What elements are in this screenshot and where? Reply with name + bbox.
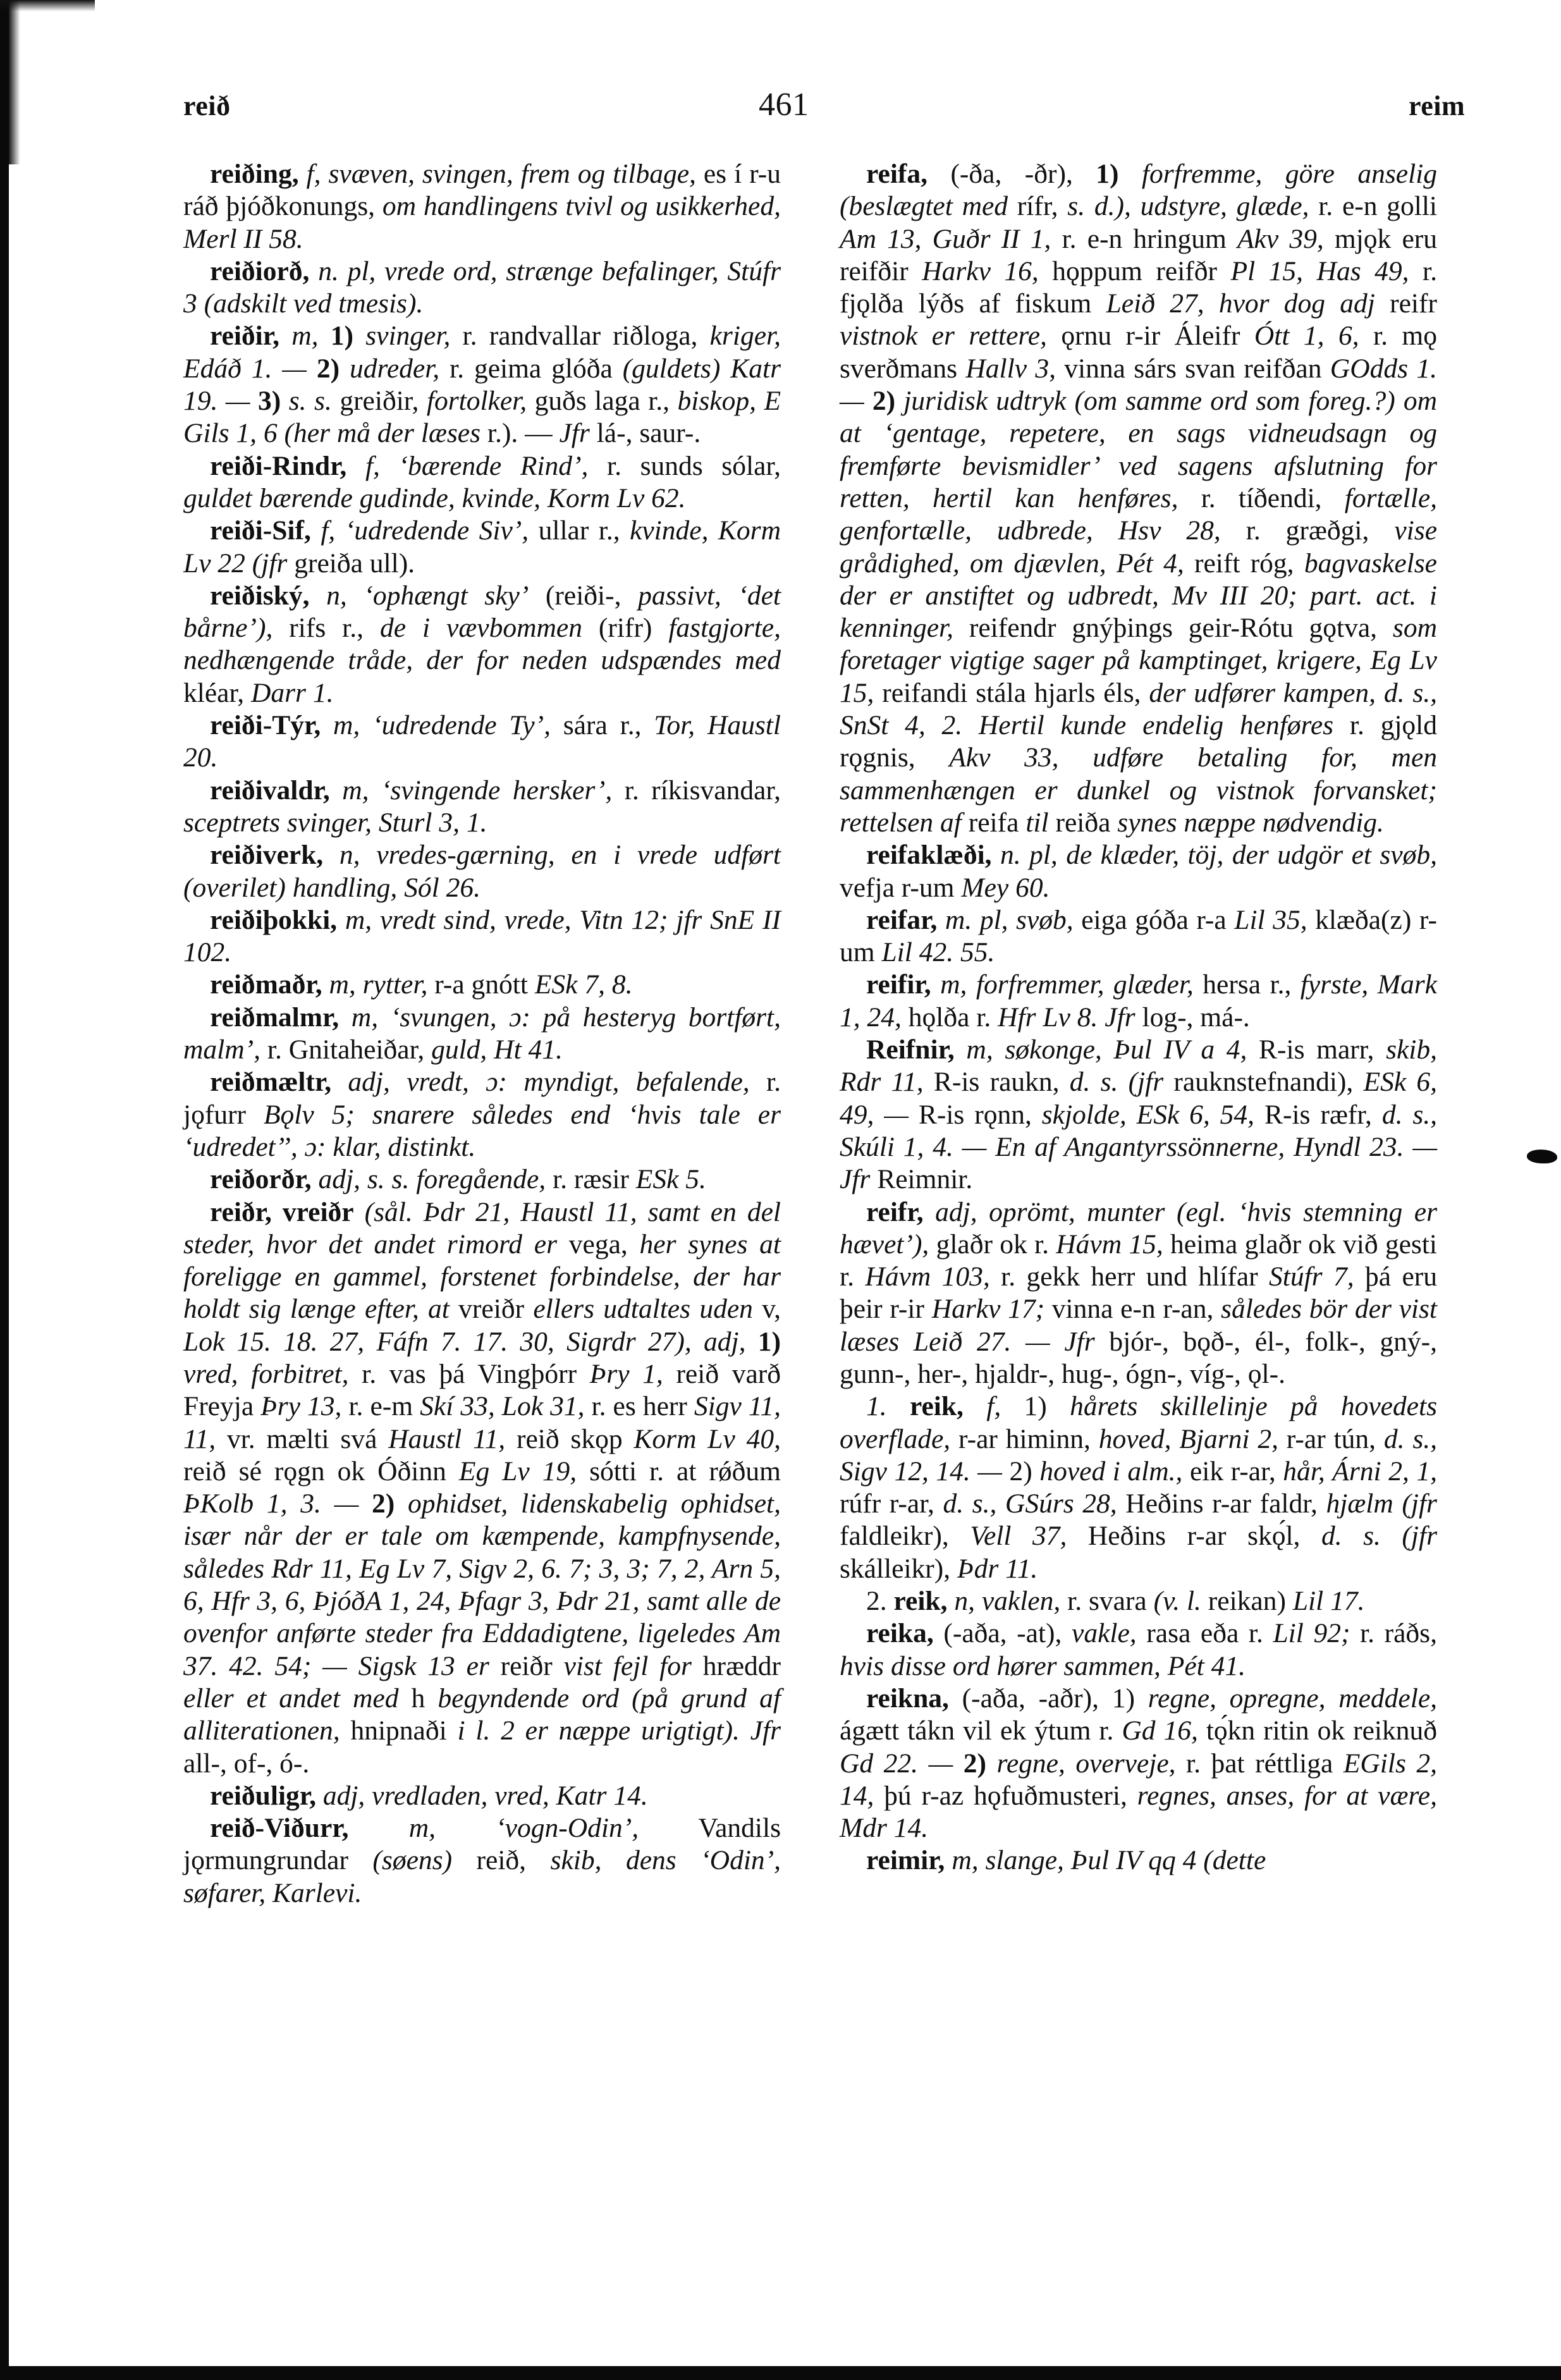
dictionary-entry: reiðuligr, adj, vredladen, vred, Katr 14…: [183, 1780, 781, 1812]
entry-text: hǫppum reifðr: [1039, 256, 1231, 286]
entry-text: Þry 1,: [590, 1359, 663, 1389]
entry-text: ullar r.,: [529, 515, 630, 546]
entry-text: [955, 1034, 967, 1065]
entry-text: Harkv 17;: [932, 1294, 1044, 1324]
entry-text: skálleikr),: [840, 1554, 957, 1584]
entry-text: 2): [1002, 1456, 1039, 1487]
entry-text: [311, 515, 321, 546]
entry-text: [992, 840, 1000, 870]
entry-text: m, søkonge, Þul IV a 4,: [966, 1034, 1247, 1065]
entry-text: hvis disse ord hører sammen, Pét 41.: [840, 1651, 1246, 1681]
entry-text: Hávm 103,: [865, 1261, 989, 1292]
entry-headword: 1): [331, 321, 353, 351]
entry-text: eik r-ar,: [1182, 1456, 1283, 1487]
dictionary-entry: reiðiorð, n. pl, vrede ord, strænge befa…: [183, 255, 781, 321]
entry-text: [340, 353, 350, 384]
dictionary-entry: reiðmæltr, adj, vredt, ɔ: myndigt, befal…: [183, 1066, 781, 1163]
entry-headword: reiðmaðr,: [210, 969, 322, 1000]
entry-text: [945, 1845, 952, 1875]
entry-text: [312, 1164, 319, 1194]
entry-headword: reiðiorð,: [210, 256, 309, 286]
scan-bottom-edge: [0, 2366, 1561, 2380]
entry-text: Korm Lv 40,: [634, 1424, 781, 1454]
entry-text: [310, 580, 327, 611]
entry-text: s. s.: [289, 386, 332, 416]
entry-text: [924, 1197, 936, 1227]
entry-text: reiða: [1049, 807, 1118, 838]
entry-text: reifendr gnýþings geir-Rótu gǫtva,: [953, 613, 1393, 643]
dictionary-entry: reiðiský, n, ‘ophængt sky’ (reiði-, pass…: [183, 580, 781, 709]
entry-text: guld, Ht 41.: [431, 1034, 563, 1065]
entry-text: raukn­stefnandi),: [1163, 1067, 1363, 1097]
entry-text: Lil 35,: [1234, 905, 1307, 935]
entry-text: [318, 321, 330, 351]
entry-text: ESk 5.: [636, 1164, 706, 1194]
entry-text: [337, 905, 345, 935]
entry-headword: reiðmæltr,: [210, 1067, 331, 1097]
entry-headword: reiðiský,: [210, 580, 310, 611]
entry-headword: 3): [258, 386, 281, 416]
entry-text: [1119, 159, 1142, 189]
entry-text: [322, 969, 329, 1000]
entry-headword: reiðuligr,: [210, 1781, 316, 1811]
column-left: reiðing, f, svæven, svingen, frem og til…: [183, 158, 781, 1910]
entry-text: eiga góða r-a: [1074, 905, 1235, 935]
entry-text: vinna sárs svan reifðan: [1056, 353, 1330, 384]
entry-text: m, ‘svingende hersker’,: [342, 775, 612, 806]
running-head-left: reið: [183, 90, 231, 122]
entry-text: [358, 1488, 372, 1519]
entry-text: reifandi stála hjarls éls,: [874, 678, 1149, 708]
entry-text: Am 13, Guðr II 1,: [840, 224, 1051, 254]
entry-text: vreiðr: [450, 1294, 533, 1324]
entry-text: fortolker,: [427, 386, 527, 416]
entry-text: vist fejl for: [564, 1651, 692, 1681]
entry-headword: reifaklæði,: [866, 840, 992, 870]
entry-text: guðs laga r.,: [527, 386, 677, 416]
entry-text: [395, 1488, 408, 1519]
entry-text: til: [1025, 807, 1048, 838]
entry-text: reið sé rǫgn ok Óðinn: [183, 1456, 459, 1487]
entry-text: n, vaklen,: [954, 1586, 1060, 1616]
entry-text: ÞKolb 1, 3. —: [183, 1488, 358, 1519]
entry-text: [353, 321, 365, 351]
entry-text: r. randvallar riðloga,: [450, 321, 709, 351]
entry-headword: reið-Viðurr,: [210, 1813, 348, 1843]
entry-text: rasa eða r.: [1137, 1618, 1273, 1648]
entry-headword: reiðiverk,: [210, 840, 323, 870]
entry-text: i l. 2 er næppe urigtigt). Jfr: [457, 1715, 781, 1746]
entry-text: Lok 15. 18. 27, Fáfn 7. 17. 30, Sigrdr 2…: [183, 1327, 745, 1357]
entry-text: greiðir,: [332, 386, 427, 416]
entry-text: vakle,: [1072, 1618, 1137, 1648]
entry-text: m,: [291, 321, 318, 351]
entry-text: (-aða, -at),: [934, 1618, 1072, 1648]
entry-text: R-is rǫnn,: [909, 1100, 1042, 1130]
entry-text: regne, opregne, meddele,: [1148, 1683, 1437, 1714]
entry-text: [299, 159, 307, 189]
entry-headword: 2): [964, 1748, 986, 1779]
entry-headword: reiði-Týr,: [210, 710, 321, 740]
entry-text: Pl 15, Has 49,: [1231, 256, 1409, 286]
entry-text: reift róg,: [1184, 548, 1304, 579]
dictionary-entry: reifr, adj, oprömt, munter (egl. ‘hvis s…: [840, 1196, 1437, 1391]
entry-text: rífr,: [1008, 191, 1067, 221]
entry-text: m, slange, Þul IV qq 4 (dette: [952, 1845, 1266, 1875]
entry-text: R-is ræfr,: [1254, 1100, 1382, 1130]
entry-text: [745, 1327, 757, 1357]
entry-text: sára r.,: [551, 710, 654, 740]
entry-text: ǫrnu r-ir Áleifr: [1047, 321, 1254, 351]
entry-text: glaðr ok r.: [929, 1229, 1056, 1260]
entry-headword: 1): [758, 1327, 781, 1357]
entry-text: udreder,: [350, 353, 439, 384]
entry-headword: reik,: [910, 1391, 964, 1421]
entry-text: adj, vredt, ɔ: myndigt, befalende,: [348, 1067, 749, 1097]
entry-text: r-ar himinn,: [950, 1424, 1099, 1454]
entry-text: [947, 1586, 954, 1616]
entry-text: reið skǫp: [505, 1424, 634, 1454]
entry-headword: reiði-Sif,: [210, 515, 311, 546]
entry-text: [316, 1781, 323, 1811]
entry-text: m, forfremmer, glæder,: [940, 969, 1194, 1000]
entry-text: r. sunds sólar,: [588, 451, 781, 481]
dictionary-entry: reiði-Týr, m, ‘udredende Ty’, sára r., T…: [183, 709, 781, 775]
entry-headword: reika,: [866, 1618, 934, 1648]
entry-text: [309, 256, 318, 286]
entry-text: Darr 1.: [251, 678, 334, 708]
entry-text: guldet bærende gudinde, kvinde, Korm Lv …: [183, 483, 686, 513]
entry-text: reikan): [1201, 1586, 1293, 1616]
entry-text: [348, 1813, 408, 1843]
entry-text: hersa r.,: [1194, 969, 1301, 1000]
entry-text: h: [398, 1683, 438, 1714]
entry-text: Heðins r-ar skǫ́l,: [1067, 1521, 1321, 1551]
entry-text: Vell 37,: [970, 1521, 1067, 1551]
entry-headword: reiði-Rindr,: [210, 451, 346, 481]
entry-text: lá-, saur-.: [590, 418, 701, 448]
entry-text: Ótt 1, 6,: [1254, 321, 1359, 351]
entry-text: þú r-az hǫfuðmusteri,: [874, 1781, 1137, 1811]
entry-text: Eg Lv 19,: [459, 1456, 577, 1487]
entry-text: [321, 710, 333, 740]
entry-headword: reiðiþokki,: [210, 905, 337, 935]
entry-text: Lil 17.: [1293, 1586, 1365, 1616]
entry-text: r. e-m: [341, 1391, 420, 1421]
entry-text: Jfr: [559, 418, 589, 448]
entry-text: r-a gnótt: [427, 969, 534, 1000]
page-number: 461: [759, 86, 809, 123]
entry-text: eller et andet med: [183, 1683, 398, 1714]
entry-text: Harkv 16,: [922, 256, 1039, 286]
entry-text: f, ‘bærende Rind’,: [365, 451, 588, 481]
entry-headword: 2): [372, 1488, 395, 1519]
scan-top-shadow: [0, 0, 95, 11]
entry-text: r. þat réttliga: [1176, 1748, 1344, 1779]
entry-text: r. Gnitaheiðar,: [260, 1034, 431, 1065]
entry-text: 1): [1001, 1391, 1070, 1421]
entry-headword: reiðir,: [210, 321, 279, 351]
entry-text: r. ræsir: [546, 1164, 636, 1194]
entry-headword: reiðing,: [210, 159, 299, 189]
dictionary-entry: 1. reik, f, 1) hårets skillelinje på hov…: [840, 1390, 1437, 1585]
entry-text: sótti r. at rǿðum: [577, 1456, 781, 1487]
entry-text: reifr: [1375, 288, 1437, 319]
entry-headword: reik,: [894, 1586, 948, 1616]
entry-text: rúfr r-ar,: [840, 1488, 943, 1519]
entry-text: [931, 969, 940, 1000]
entry-text: Heðins r-ar faldr,: [1117, 1488, 1326, 1519]
dictionary-entry: reiðivaldr, m, ‘svingende hersker’, r. r…: [183, 775, 781, 840]
entry-text: Skí 33, Lok 31,: [420, 1391, 584, 1421]
entry-headword: reifar,: [866, 905, 937, 935]
dictionary-entry: Reifnir, m, søkonge, Þul IV a 4, R-is ma…: [840, 1034, 1437, 1196]
entry-text: hjælm (jfr: [1326, 1488, 1437, 1519]
entry-text: d. s. (jfr: [1070, 1067, 1163, 1097]
entry-headword: 2): [872, 386, 895, 416]
column-right: reifa, (-ða, -ðr), 1) forfremme, göre an…: [840, 158, 1437, 1877]
entry-text: adj, vredladen, vred, Katr 14.: [323, 1781, 648, 1811]
entry-headword: 2): [317, 353, 340, 384]
entry-text: Mey 60.: [961, 873, 1050, 903]
margin-ink-blot: [1527, 1150, 1557, 1163]
entry-headword: reiðorðr,: [210, 1164, 312, 1194]
entry-text: [330, 775, 342, 806]
entry-text: reifa: [962, 807, 1025, 838]
entry-text: [323, 840, 340, 870]
scan-binding-edge: [0, 0, 9, 2380]
entry-text: vistnok er rettere,: [840, 321, 1047, 351]
running-head-right: reim: [1409, 90, 1465, 122]
entry-text: hoved i alm.,: [1039, 1456, 1182, 1487]
entry-text: vinna e-n r-an,: [1044, 1294, 1221, 1324]
entry-text: f,: [986, 1391, 1001, 1421]
dictionary-entry: reið-Viðurr, m, ‘vogn-Odin’, Vandils jǫr…: [183, 1812, 781, 1910]
entry-text: Þdr 11.: [957, 1554, 1038, 1584]
dictionary-entry: reiðmalmr, m, ‘svungen, ɔ: på hesteryg b…: [183, 1002, 781, 1067]
entry-text: de i vævbommen: [380, 613, 582, 643]
dictionary-entry: reimir, m, slange, Þul IV qq 4 (dette: [840, 1844, 1437, 1877]
entry-text: f, svæven, svingen, frem og tilbage,: [307, 159, 696, 189]
entry-headword: Reifnir,: [866, 1034, 955, 1065]
entry-text: [895, 386, 903, 416]
entry-text: reið,: [452, 1845, 550, 1875]
entry-text: [281, 386, 288, 416]
entry-text: r. tíðendi,: [1178, 483, 1344, 513]
dictionary-entry: reiðorðr, adj, s. s. foregående, r. ræsi…: [183, 1163, 781, 1196]
entry-text: r. vas þá Vingþórr: [348, 1359, 589, 1389]
entry-text: [331, 1067, 348, 1097]
entry-text: hår, Árni 2, 1,: [1283, 1456, 1437, 1487]
entry-text: R-is marr,: [1247, 1034, 1386, 1065]
entry-text: (reiði-,: [529, 580, 638, 611]
entry-text: r-ar tún,: [1278, 1424, 1384, 1454]
entry-text: [937, 905, 945, 935]
entry-headword: reiðr, vreiðr: [210, 1197, 354, 1227]
entry-text: adj, s. s. foregående,: [319, 1164, 546, 1194]
entry-text: [986, 1748, 997, 1779]
dictionary-entry: reiði-Sif, f, ‘udredende Siv’, ullar r.,…: [183, 515, 781, 580]
entry-text: hǫlða r.: [902, 1002, 998, 1033]
entry-text: [307, 353, 317, 384]
dictionary-entry: reiðir, m, 1) svinger, r. randvallar rið…: [183, 320, 781, 450]
dictionary-entry: reiðmaðr, m, rytter, r-a gnótt ESk 7, 8.: [183, 969, 781, 1001]
entry-text: n, ‘ophængt sky’: [326, 580, 529, 611]
entry-text: (rifr): [582, 613, 668, 643]
entry-text: R-is raukn,: [924, 1067, 1070, 1097]
entry-headword: reiðmalmr,: [210, 1002, 339, 1033]
entry-text: [964, 1391, 986, 1421]
entry-text: Hallv 3,: [965, 353, 1056, 384]
entry-text: r. ráðs,: [1350, 1618, 1437, 1648]
dictionary-entry: reiði-Rindr, f, ‘bærende Rind’, r. sunds…: [183, 450, 781, 515]
entry-text: [887, 1391, 910, 1421]
entry-headword: reifr,: [866, 1197, 924, 1227]
entry-text: skjolde, ESk 6, 54,: [1042, 1100, 1254, 1130]
entry-text: ESk 7, 8.: [535, 969, 633, 1000]
dictionary-entry: reifar, m. pl, svøb, eiga góða r-a Lil 3…: [840, 904, 1437, 969]
entry-text: vega,: [557, 1229, 639, 1260]
entry-text: Leið 27, hvor dog adj: [1106, 288, 1375, 319]
entry-text: r. e-n golli: [1309, 191, 1437, 221]
entry-text: d. s. (jfr: [1321, 1521, 1437, 1551]
entry-text: r. ríkisvandar,: [612, 775, 781, 806]
entry-headword: reifa,: [866, 159, 927, 189]
entry-text: r. es herr: [584, 1391, 694, 1421]
entry-text: (søens): [372, 1845, 452, 1875]
entry-text: r. geima glóða: [439, 353, 623, 384]
entry-text: r. e-n hringum: [1051, 224, 1237, 254]
entry-text: f, ‘udredende Siv’,: [321, 515, 529, 546]
entry-text: r. svara: [1060, 1586, 1153, 1616]
entry-text: Stúfr 7,: [1269, 1261, 1354, 1292]
entry-headword: reifir,: [866, 969, 931, 1000]
entry-text: Gd 16,: [1122, 1715, 1198, 1746]
entry-text: hræddr: [692, 1651, 781, 1681]
entry-text: m, ‘udredende Ty’,: [333, 710, 551, 740]
entry-text: [864, 386, 872, 416]
entry-text: sceptrets svinger, Sturl 3, 1.: [183, 807, 487, 838]
entry-text: hnipnaði: [340, 1715, 458, 1746]
entry-text: reiðr: [489, 1651, 564, 1681]
dictionary-entry: reifir, m, forfremmer, glæder, hersa r.,…: [840, 969, 1437, 1034]
entry-text: m, rytter,: [329, 969, 427, 1000]
entry-text: hoved, Bjarni 2,: [1099, 1424, 1278, 1454]
entry-text: Hfr Lv 8. Jfr: [998, 1002, 1136, 1033]
entry-text: 2.: [866, 1586, 894, 1616]
entry-headword: 1): [1096, 159, 1118, 189]
dictionary-entry: reiðiþokki, m, vredt sind, vrede, Vitn 1…: [183, 904, 781, 969]
entry-text: Akv 39,: [1237, 224, 1324, 254]
entry-text: [953, 1748, 964, 1779]
entry-text: n. pl, de klæder, töj, der udgör et svøb…: [1000, 840, 1437, 870]
entry-text: [354, 1197, 365, 1227]
entry-text: greiða ull).: [287, 548, 415, 579]
entry-headword: reiðivaldr,: [210, 775, 330, 806]
entry-text: r.). —: [481, 418, 559, 448]
entry-headword: reimir,: [866, 1845, 945, 1875]
entry-text: Þry 13,: [260, 1391, 341, 1421]
entry-text: vred, forbitret,: [183, 1359, 348, 1389]
entry-text: s. d.), udstyre, glæde,: [1067, 191, 1309, 221]
entry-text: (v. l.: [1154, 1586, 1201, 1616]
entry-text: (-ða, -ðr),: [927, 159, 1096, 189]
entry-headword: reikna,: [866, 1683, 949, 1714]
dictionary-entry: reikna, (-aða, -aðr), 1) regne, opregne,…: [840, 1683, 1437, 1844]
dictionary-entry: reiðr, vreiðr (sål. Þdr 21, Haustl 11, s…: [183, 1196, 781, 1780]
entry-text: vefja r-um: [840, 873, 961, 903]
entry-text: svinger,: [365, 321, 450, 351]
entry-text: vr. mælti svá: [216, 1424, 388, 1454]
entry-text: Lil 42. 55.: [881, 937, 995, 967]
entry-text: Bǫlv 5; snarere således end ‘hvis tale e…: [183, 1100, 781, 1162]
entry-text: r. gekk herr und hlífar: [990, 1261, 1269, 1292]
entry-text: r. græðgi,: [1221, 515, 1395, 546]
entry-text: Lil 92;: [1273, 1618, 1350, 1648]
dictionary-entry: reika, (-aða, -at), vakle, rasa eða r. L…: [840, 1617, 1437, 1683]
entry-text: faldleikr),: [840, 1521, 970, 1551]
entry-text: d. s., GSúrs 28,: [943, 1488, 1117, 1519]
entry-text: kléar,: [183, 678, 251, 708]
entry-text: (-aða, -aðr), 1): [949, 1683, 1148, 1714]
entry-text: ellers udtaltes uden: [533, 1294, 753, 1324]
entry-text: tǫ́kn ritin ok reiknuð: [1198, 1715, 1437, 1746]
entry-text: rifs r.,: [272, 613, 380, 643]
entry-text: [250, 386, 258, 416]
entry-text: m, ‘vogn-Odin’,: [409, 1813, 639, 1843]
entry-text: Hávm 15,: [1056, 1229, 1163, 1260]
entry-text: v,: [753, 1294, 781, 1324]
entry-text: [339, 1002, 352, 1033]
entry-text: 1.: [866, 1391, 887, 1421]
entry-text: ágætt tákn vil ek ýtum r.: [840, 1715, 1122, 1746]
entry-text: m. pl, svøb,: [945, 905, 1074, 935]
dictionary-entry: reifaklæði, n. pl, de klæder, töj, der u…: [840, 839, 1437, 904]
entry-text: log-, má-.: [1136, 1002, 1250, 1033]
dictionary-entry: reiðing, f, svæven, svingen, frem og til…: [183, 158, 781, 255]
entry-text: Gd 22. —: [840, 1748, 953, 1779]
dictionary-entry: reifa, (-ða, -ðr), 1) forfremme, göre an…: [840, 158, 1437, 839]
entry-text: Reimnir.: [870, 1164, 972, 1194]
entry-text: [346, 451, 365, 481]
entry-text: synes næppe nødvendig.: [1117, 807, 1384, 838]
dictionary-entry: 2. reik, n, vaklen, r. svara (v. l. reik…: [840, 1585, 1437, 1617]
entry-text: regne, overveje,: [997, 1748, 1176, 1779]
entry-text: [279, 321, 291, 351]
dictionary-entry: reiðiverk, n, vredes-gærning, en i vrede…: [183, 839, 781, 904]
entry-text: Haustl 11,: [388, 1424, 505, 1454]
entry-text: all-, of-, ó-.: [183, 1748, 309, 1779]
